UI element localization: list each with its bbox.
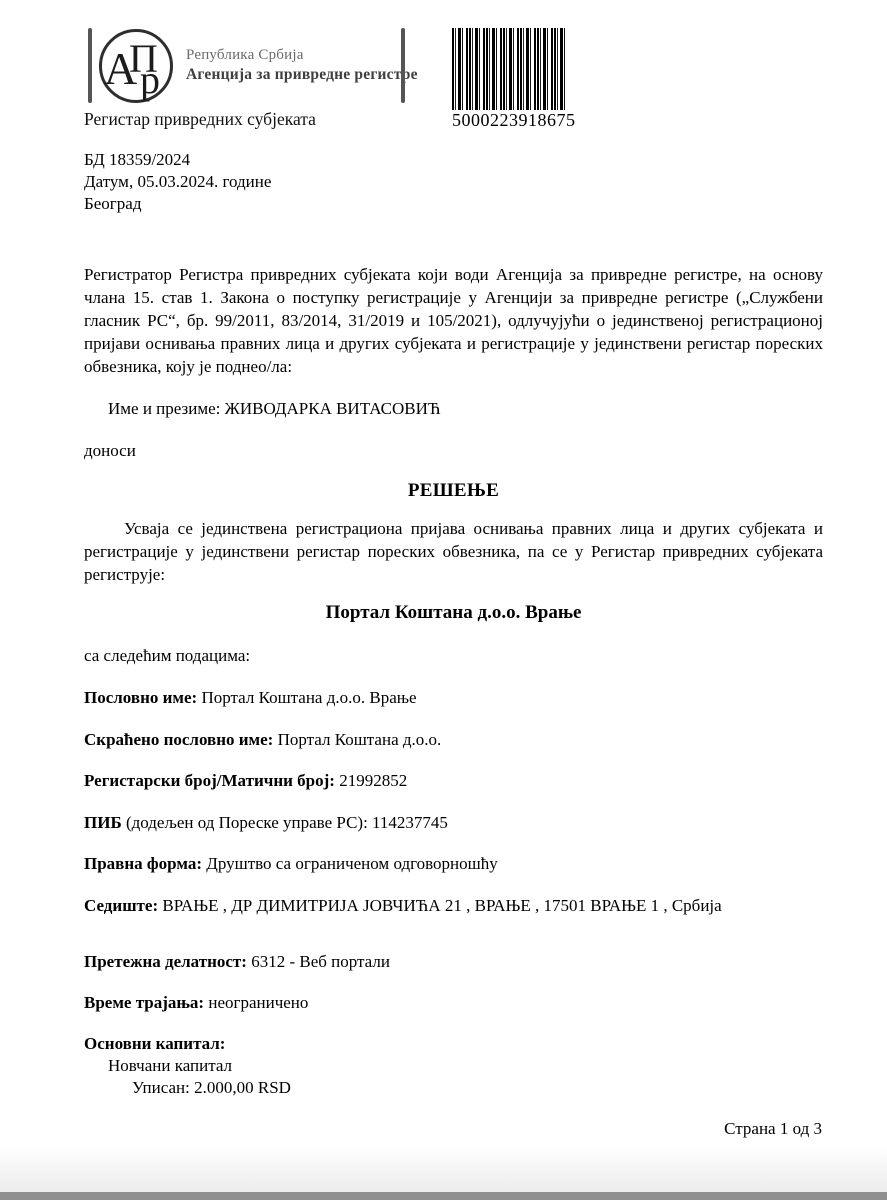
field-value: 6312 - Веб портали bbox=[251, 952, 390, 971]
page-indicator: Страна 1 од 3 bbox=[724, 1119, 822, 1139]
republic-title: Република Србија bbox=[186, 46, 418, 65]
agency-titles: Република Србија Агенција за привредне р… bbox=[186, 46, 418, 84]
register-title: Регистар привредних субјеката bbox=[84, 109, 316, 130]
field-label: Регистарски број/Матични број: bbox=[84, 771, 335, 790]
field-row-pib: ПИБ (додељен од Пореске управе РС): 1142… bbox=[84, 811, 823, 834]
decision-paragraph: Усваја се јединствена регистрациона приј… bbox=[84, 517, 823, 586]
barcode-icon bbox=[452, 28, 566, 110]
field-row-seat: Седиште: ВРАЊЕ , ДР ДИМИТРИЈА ЈОВЧИЋА 21… bbox=[84, 894, 823, 917]
agency-title: Агенција за привредне регистре bbox=[186, 65, 418, 84]
decision-title: РЕШЕЊЕ bbox=[84, 480, 823, 502]
field-value: Портал Коштана д.о.о. bbox=[278, 730, 442, 749]
page-bottom-shadow bbox=[0, 1146, 887, 1192]
field-row-business-name: Пословно име: Портал Коштана д.о.о. Врањ… bbox=[84, 686, 823, 709]
barcode-number: 5000223918675 bbox=[452, 110, 576, 131]
field-label: Време трајања: bbox=[84, 993, 204, 1012]
capital-type-line: Новчани капитал bbox=[108, 1054, 232, 1077]
city-line: Београд bbox=[84, 193, 141, 215]
field-value: Друштво са ограниченом одговорношћу bbox=[206, 854, 498, 873]
field-label: Скраћено пословно име: bbox=[84, 730, 273, 749]
logo-left-rule bbox=[88, 28, 92, 103]
date-line: Датум, 05.03.2024. године bbox=[84, 171, 271, 193]
with-data-line: са следећим подацима: bbox=[84, 644, 823, 667]
field-value: ВРАЊЕ , ДР ДИМИТРИЈА ЈОВЧИЋА 21 , ВРАЊЕ … bbox=[162, 896, 721, 915]
capital-subscribed-line: Уписан: 2.000,00 RSD bbox=[132, 1076, 291, 1099]
field-value: (додељен од Пореске управе РС): 11423774… bbox=[126, 813, 448, 832]
viewer-background-strip bbox=[0, 1192, 887, 1200]
company-name: Портал Коштана д.о.о. Врање bbox=[84, 602, 823, 624]
applicant-name: ЖИВОДАРКА ВИТАСОВИЋ bbox=[225, 399, 441, 418]
intro-paragraph: Регистратор Регистра привредних субјекат… bbox=[84, 263, 823, 378]
document-page: А П р Република Србија Агенција за привр… bbox=[0, 0, 887, 1200]
field-label: Претежна делатност: bbox=[84, 952, 247, 971]
field-row-short-name: Скраћено пословно име: Портал Коштана д.… bbox=[84, 728, 823, 751]
capital-label: Основни капитал: bbox=[84, 1032, 823, 1055]
field-value: Портал Коштана д.о.о. Врање bbox=[201, 688, 416, 707]
field-label: ПИБ bbox=[84, 813, 122, 832]
field-row-duration: Време трајања: неограничено bbox=[84, 991, 823, 1014]
field-row-legal-form: Правна форма: Друштво са ограниченом одг… bbox=[84, 852, 823, 875]
logo-letter-r: р bbox=[140, 57, 160, 102]
field-label: Седиште: bbox=[84, 896, 158, 915]
field-row-registry-number: Регистарски број/Матични број: 21992852 bbox=[84, 769, 823, 792]
field-value: 21992852 bbox=[339, 771, 407, 790]
logo-right-rule bbox=[401, 28, 405, 103]
field-value: неограничено bbox=[208, 993, 308, 1012]
applicant-line: Име и презиме: ЖИВОДАРКА ВИТАСОВИЋ bbox=[108, 397, 441, 420]
field-row-main-activity: Претежна делатност: 6312 - Веб портали bbox=[84, 950, 823, 973]
field-label: Пословно име: bbox=[84, 688, 197, 707]
applicant-label: Име и презиме: bbox=[108, 399, 220, 418]
field-label: Правна форма: bbox=[84, 854, 202, 873]
case-number: БД 18359/2024 bbox=[84, 149, 190, 171]
issues-word: доноси bbox=[84, 439, 823, 462]
apr-logo-icon: А П р bbox=[96, 27, 176, 105]
